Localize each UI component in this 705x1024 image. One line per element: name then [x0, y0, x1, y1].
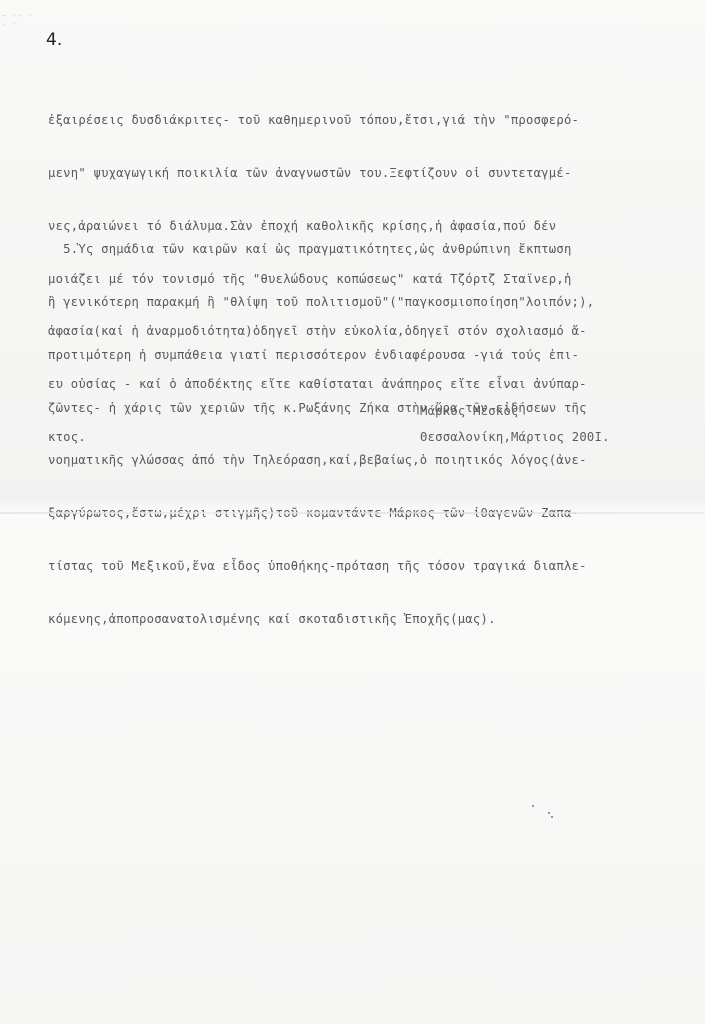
text-line: ἢ γενικότερη παρακμή ἢ "θλίψη τοῦ πολιτι…	[48, 294, 594, 312]
text-line: κόμενης,ἀποπροσανατολισμένης καί σκοταδι…	[48, 611, 594, 629]
corner-marks: ~ -- · · '	[2, 12, 42, 36]
scanned-page: ~ -- · · ' 4. ἐξαιρέσεις δυσδιάκριτες- τ…	[0, 0, 705, 1024]
place-date: Θεσσαλονίκη,Μάρτιος 200I.	[420, 424, 610, 450]
paper-fold-line	[0, 512, 705, 514]
speck	[532, 805, 534, 807]
speck	[551, 816, 553, 818]
text-line: ἐξαιρέσεις δυσδιάκριτες- τοῦ καθημερινοῦ…	[48, 112, 587, 130]
text-line: νοηματικῆς γλώσσας ἀπό τὴν Τηλεόραση,καί…	[48, 452, 594, 470]
text-line: 5.Ὑς σημάδια τῶν καιρῶν καί ὡς πραγματικ…	[48, 241, 594, 259]
text-line: προτιμότερη ἡ συμπάθεια γιατί περισσότερ…	[48, 347, 594, 365]
page-number: 4.	[46, 30, 62, 50]
signature-block: Μάρκος Μέσκος Θεσσαλονίκη,Μάρτιος 200I.	[420, 398, 610, 450]
speck	[548, 812, 550, 814]
author-name: Μάρκος Μέσκος	[420, 398, 610, 424]
text-line: τίστας τοῦ Μεξικοῦ,ἔνα εἶδος ὑποθήκης-πρ…	[48, 558, 594, 576]
text-line: μενη" ψυχαγωγική ποικιλία τῶν ἀναγνωστῶν…	[48, 165, 587, 183]
